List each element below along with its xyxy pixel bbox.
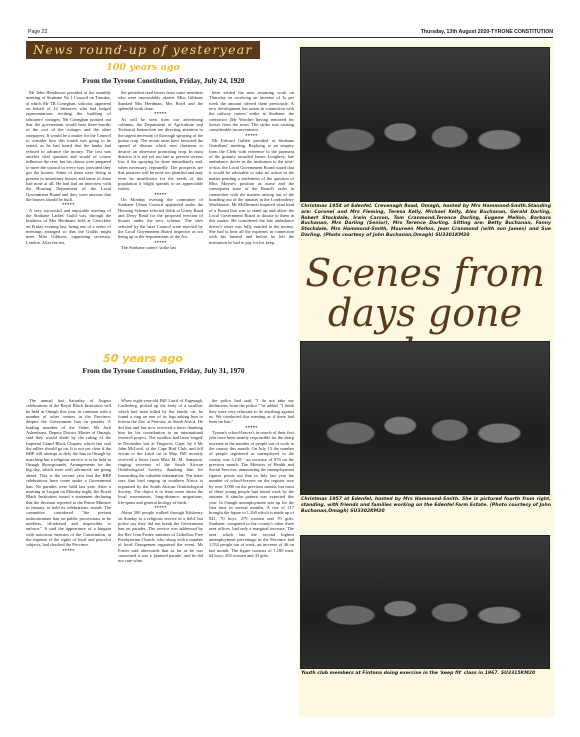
photo-caption: Christmas 1954 at Edenfel, Crevenagh Roa… [301, 204, 551, 239]
photo-youth-club-1967 [300, 535, 550, 669]
article-paragraph: About 500 people walked through Kilskeer… [118, 510, 203, 563]
article-column: been settled the men resuming work on Th… [209, 90, 294, 245]
section-banner: News round-up of yesteryear [26, 41, 260, 59]
article-paragraph: As will be seen from our advertising col… [118, 117, 203, 192]
era-heading-100: 100 years ago [26, 62, 260, 73]
photo-caption: Christmas 1957 at Edenfel, hosted by Mrs… [301, 497, 551, 514]
article-paragraph: the police had said. "I do not take my d… [209, 398, 294, 425]
separator: ***** [26, 548, 111, 553]
dateline: Thursday, 13th August 2020-TYRONE CONSTI… [421, 29, 553, 35]
photo-christmas-1954 [300, 47, 550, 202]
era-heading-50: 50 years ago [26, 352, 260, 365]
article-column: When eight-year-old Bill Laird of Ergena… [118, 398, 203, 564]
source-line-1970: From the Tyrone Constitution, Friday, Ju… [26, 366, 301, 375]
article-paragraph: been settled the men resuming work on Th… [209, 90, 294, 133]
photo-caption: Youth club members at Fintona doing exer… [301, 671, 551, 677]
article-paragraph: The annual last Saturday of August celeb… [26, 398, 111, 548]
article-paragraph: the president read letters from some mem… [118, 90, 203, 111]
article-column: The annual last Saturday of August celeb… [26, 398, 111, 553]
article-paragraph: When eight-year-old Bill Laird of Ergena… [118, 398, 203, 505]
article-paragraph: Mr John Henderson presided at the monthl… [26, 90, 111, 202]
page-number: Page 22 [28, 29, 47, 35]
article-column: the president read letters from some mem… [118, 90, 203, 250]
photo-christmas-1957 [300, 341, 550, 495]
article-paragraph: The Strabane carters' strike has [118, 245, 203, 250]
source-line-1920: From the Tyrone Constitution, Friday, Ju… [26, 76, 301, 85]
article-paragraph: Mr Edward Gallen presided at Strabane Gu… [209, 138, 294, 245]
article-paragraph: A very successful and enjoyable meeting … [26, 208, 111, 245]
article-column: Mr John Henderson presided at the monthl… [26, 90, 111, 245]
page-header: Page 22 Thursday, 13th August 2020-TYRON… [28, 29, 553, 38]
article-paragraph: On Monday evening the committee of Strab… [118, 197, 203, 240]
article-column: the police had said. "I do not take my d… [209, 398, 294, 558]
article-paragraph: Tyrone's school-leaver's in search of th… [209, 430, 294, 558]
